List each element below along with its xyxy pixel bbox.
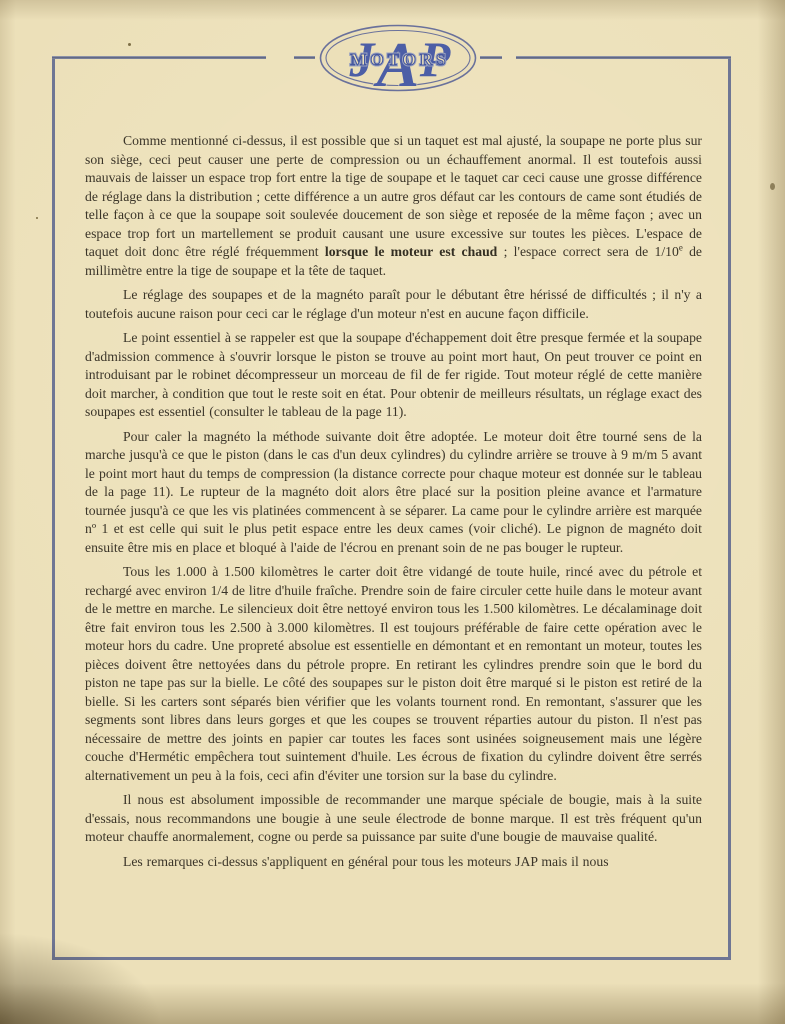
top-border-dash-right <box>480 56 502 59</box>
paragraph-1-bold-engine-hot: lorsque le moteur est chaud <box>325 244 497 259</box>
top-border-segment-right <box>516 56 731 59</box>
paper-edge-nick <box>770 183 775 190</box>
page-text: Comme mentionné ci-dessus, il est possib… <box>85 132 702 877</box>
paragraph-magneto-timing: Pour caler la magnéto la méthode suivant… <box>85 428 702 558</box>
paragraph-closing-remark: Les remarques ci-dessus s'appliquent en … <box>85 853 702 872</box>
paragraph-tappet-clearance: Comme mentionné ci-dessus, il est possib… <box>85 132 702 280</box>
top-border-dash-left <box>294 56 315 59</box>
logo-motors-text: MOTORS <box>350 50 449 69</box>
paper-speck <box>128 43 131 46</box>
document-page: J P A MOTORS MOTORS Comme mentionné ci-d… <box>0 0 785 1024</box>
paragraph-1-text-after-bold: ; l'espace correct sera de 1/10 <box>497 244 679 259</box>
paragraph-spark-plug: Il nous est absolument impossible de rec… <box>85 791 702 847</box>
paragraph-valve-timing: Le point essentiel à se rappeler est que… <box>85 329 702 422</box>
paragraph-maintenance: Tous les 1.000 à 1.500 kilomètres le car… <box>85 563 702 785</box>
paragraph-adjustment-intro: Le réglage des soupapes et de la magnéto… <box>85 286 702 323</box>
paragraph-1-text: Comme mentionné ci-dessus, il est possib… <box>85 133 702 259</box>
jap-motors-logo: J P A MOTORS MOTORS <box>318 24 478 92</box>
paper-speck <box>36 217 38 219</box>
top-border-segment-left <box>52 56 266 59</box>
